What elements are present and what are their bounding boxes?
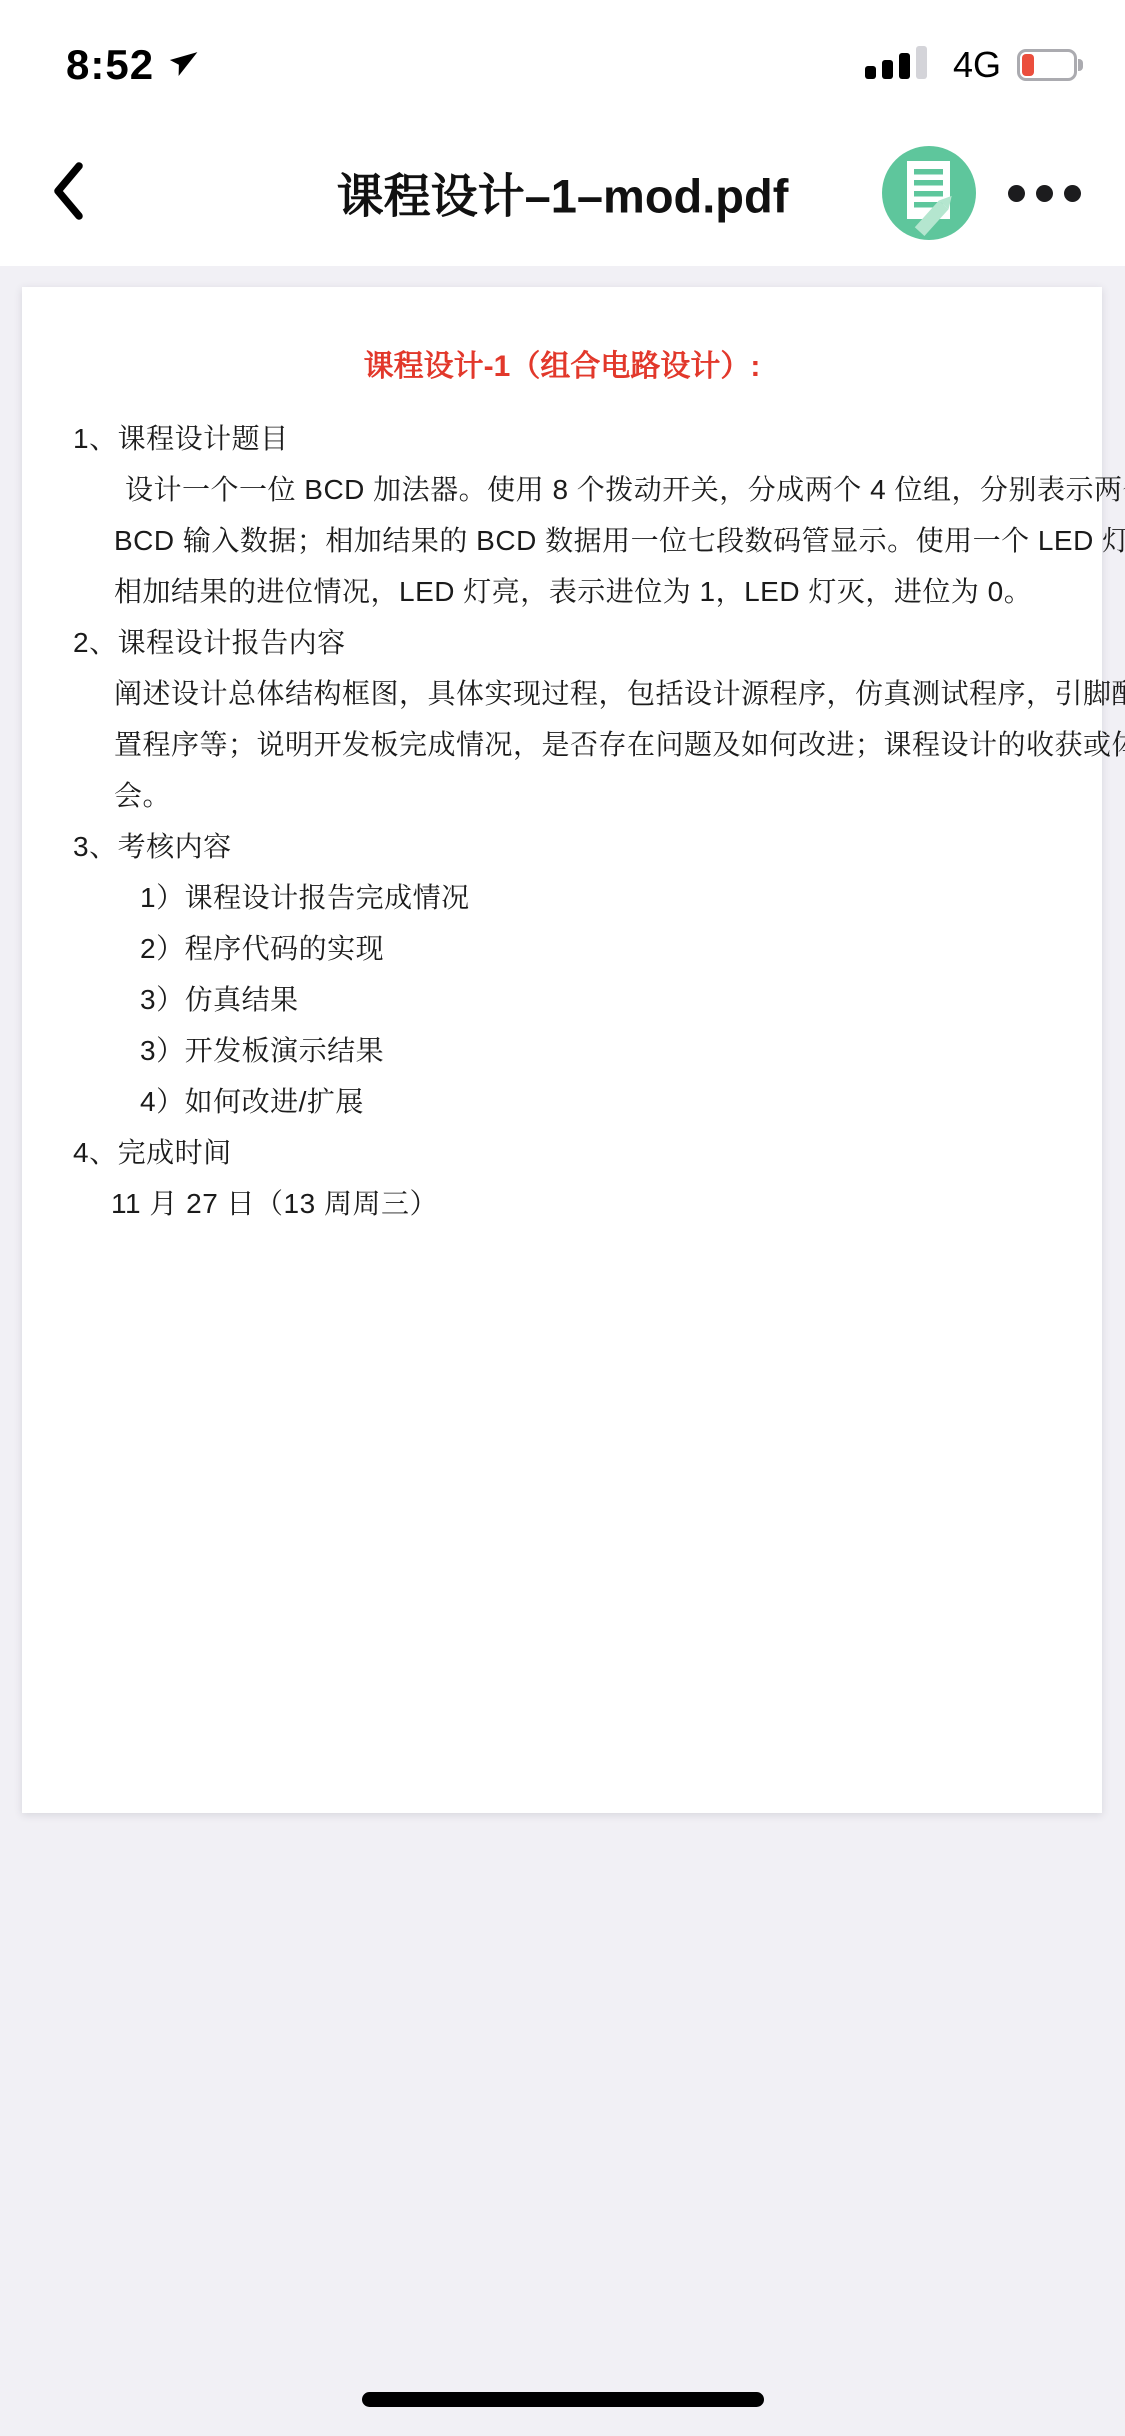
battery-cap — [1078, 59, 1083, 71]
document-line: 1）课程设计报告完成情况 — [22, 872, 1102, 923]
location-arrow-icon — [166, 46, 200, 85]
nav-right-actions — [880, 144, 1083, 242]
ellipsis-icon — [1064, 185, 1081, 202]
status-bar: 8:52 4G — [0, 0, 1125, 120]
document-line: 3）开发板演示结果 — [22, 1025, 1102, 1076]
document-line: 11 月 27 日（13 周周三） — [22, 1178, 1102, 1229]
back-chevron-icon — [51, 161, 85, 226]
document-lines: 1、课程设计题目设计一个一位 BCD 加法器。使用 8 个拨动开关，分成两个 4… — [22, 413, 1102, 1229]
top-chrome: 8:52 4G — [0, 0, 1125, 266]
cellular-signal-icon — [865, 46, 937, 85]
back-button[interactable] — [40, 158, 96, 228]
network-type-label: 4G — [953, 44, 1001, 86]
open-in-app-button[interactable] — [880, 144, 978, 242]
document-line: 相加结果的进位情况，LED 灯亮，表示进位为 1，LED 灯灭，进位为 0。 — [22, 566, 1102, 617]
status-left: 8:52 — [66, 41, 200, 89]
document-line: 3、考核内容 — [22, 821, 1102, 872]
document-line: 4、完成时间 — [22, 1127, 1102, 1178]
battery-low-icon — [1017, 49, 1083, 81]
document-line: 阐述设计总体结构框图，具体实现过程，包括设计源程序，仿真测试程序，引脚配 — [22, 668, 1102, 719]
document-line: 会。 — [22, 770, 1102, 821]
document-line: 2、课程设计报告内容 — [22, 617, 1102, 668]
document-line: 1、课程设计题目 — [22, 413, 1102, 464]
document-line: BCD 输入数据；相加结果的 BCD 数据用一位七段数码管显示。使用一个 LED… — [22, 515, 1102, 566]
green-document-pencil-icon — [880, 229, 978, 246]
document-line: 设计一个一位 BCD 加法器。使用 8 个拨动开关，分成两个 4 位组，分别表示… — [22, 464, 1102, 515]
document-line: 4）如何改进/扩展 — [22, 1076, 1102, 1127]
nav-bar: 课程设计–1–mod.pdf — [0, 120, 1125, 266]
document-line: 2）程序代码的实现 — [22, 923, 1102, 974]
document-heading: 课程设计-1（组合电路设计）: — [22, 349, 1102, 385]
ellipsis-icon — [1036, 185, 1053, 202]
status-right: 4G — [865, 44, 1083, 86]
ellipsis-icon — [1008, 185, 1025, 202]
pdf-page: 课程设计-1（组合电路设计）: 1、课程设计题目设计一个一位 BCD 加法器。使… — [22, 287, 1102, 1813]
pdf-viewer-area[interactable]: 课程设计-1（组合电路设计）: 1、课程设计题目设计一个一位 BCD 加法器。使… — [0, 266, 1125, 2436]
clock: 8:52 — [66, 41, 154, 89]
document-line: 置程序等；说明开发板完成情况，是否存在问题及如何改进；课程设计的收获或体 — [22, 719, 1102, 770]
battery-fill — [1022, 54, 1034, 76]
document-line: 3）仿真结果 — [22, 974, 1102, 1025]
more-options-button[interactable] — [1006, 175, 1083, 212]
home-indicator[interactable] — [362, 2392, 764, 2407]
file-title: 课程设计–1–mod.pdf — [337, 160, 789, 227]
